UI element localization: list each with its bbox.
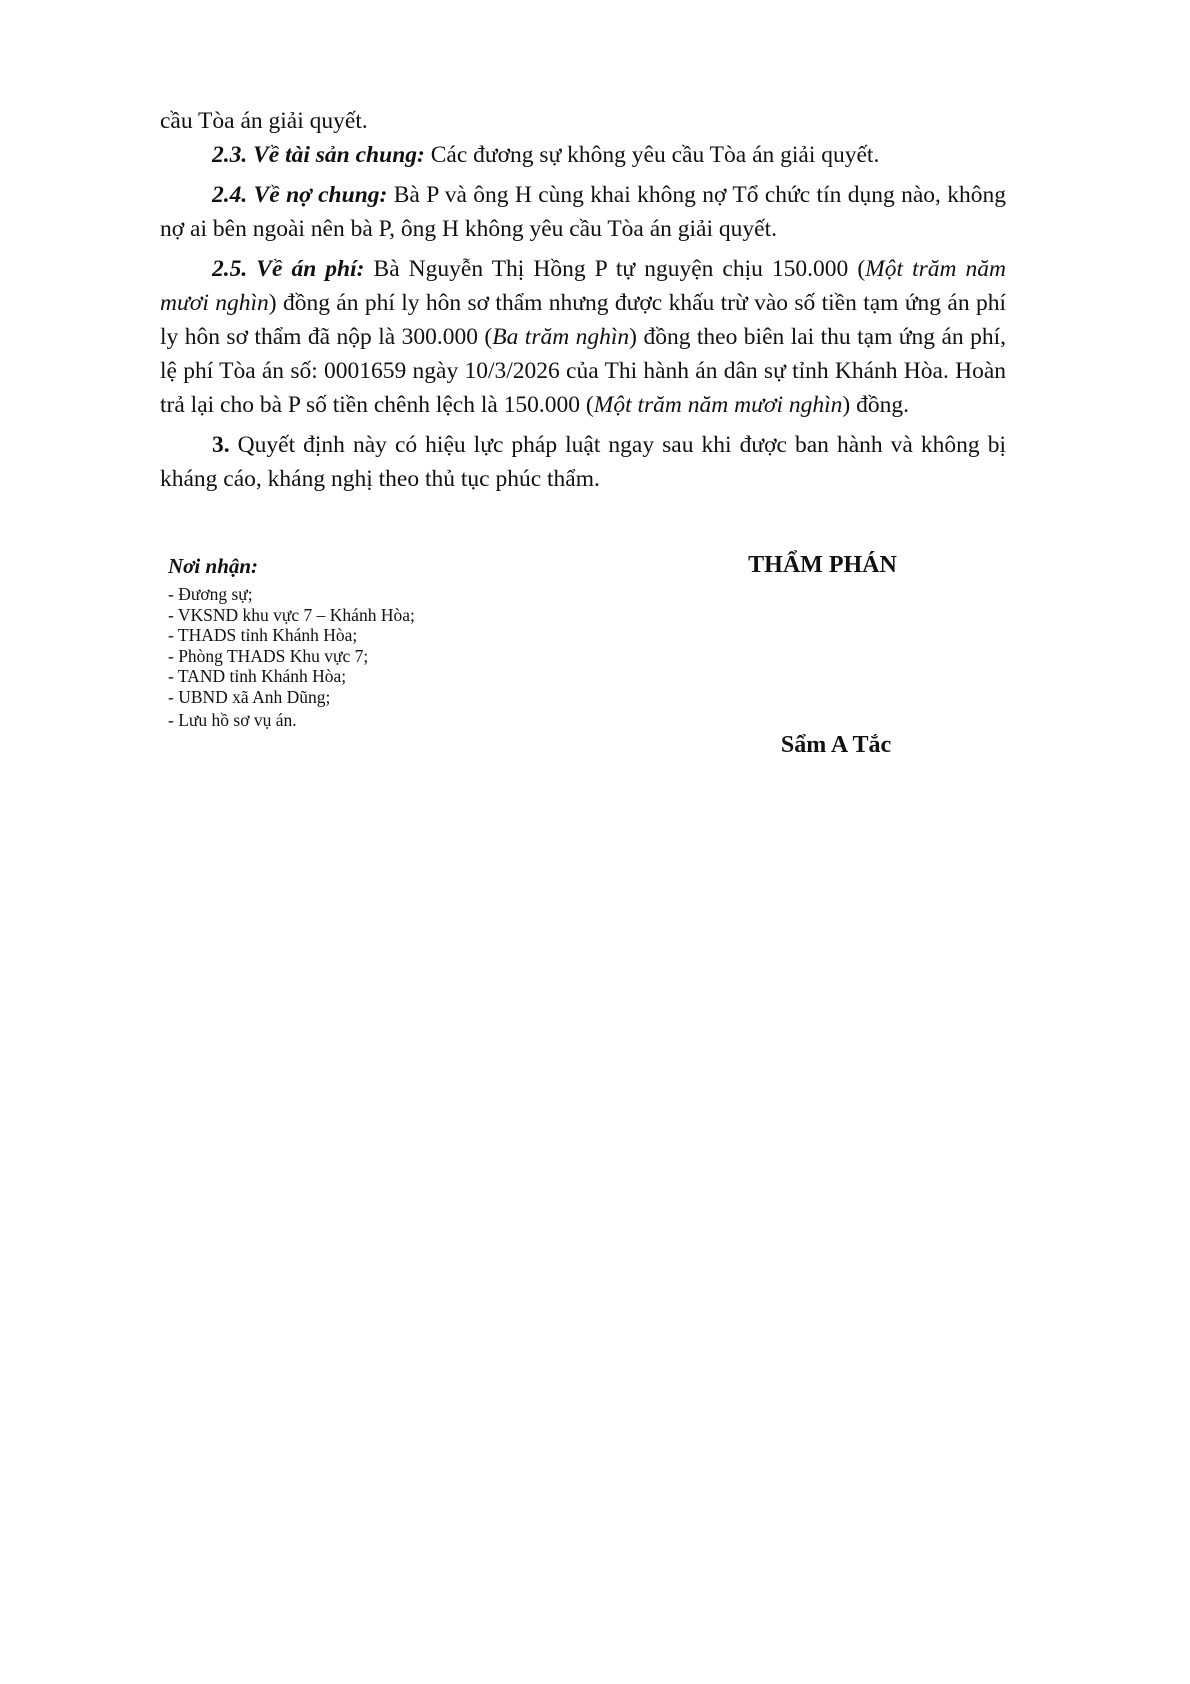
section-2-3-text: Các đương sự không yêu cầu Tòa án giải q… — [425, 142, 880, 168]
recipient-item: - VKSND khu vực 7 – Khánh Hòa; — [168, 605, 588, 626]
section-2-4: 2.4. Về nợ chung: Bà P và ông H cùng kha… — [160, 178, 1006, 246]
section-3-text: Quyết định này có hiệu lực pháp luật nga… — [160, 432, 1006, 492]
signer-name: Sẩm A Tắc — [727, 728, 945, 762]
recipient-item: - Phòng THADS Khu vực 7; — [168, 646, 588, 667]
recipient-item: - THADS tỉnh Khánh Hòa; — [168, 625, 588, 646]
document-page: cầu Tòa án giải quyết. 2.3. Về tài sản c… — [0, 0, 1190, 1684]
section-2-3: 2.3. Về tài sản chung: Các đương sự khôn… — [160, 138, 1006, 172]
section-2-5-amount-words-2: Ba trăm nghìn — [492, 324, 629, 350]
recipient-item: - TAND tỉnh Khánh Hòa; — [168, 666, 588, 687]
recipients-label: Nơi nhận: — [168, 553, 588, 579]
recipients-block: Nơi nhận: - Đương sự; - VKSND khu vực 7 … — [168, 553, 588, 731]
recipient-item: - UBND xã Anh Dũng; — [168, 687, 588, 708]
section-3: 3. Quyết định này có hiệu lực pháp luật … — [160, 428, 1006, 496]
section-2-5-text-4: ) đồng. — [842, 392, 909, 418]
section-2-5-text-1: Bà Nguyễn Thị Hồng P tự nguyện chịu 150.… — [364, 256, 865, 282]
signer-title: THẨM PHÁN — [700, 548, 945, 582]
document-body: cầu Tòa án giải quyết. 2.3. Về tài sản c… — [160, 104, 1006, 496]
signature-block: THẨM PHÁN Sẩm A Tắc — [700, 548, 945, 762]
section-3-number: 3. — [212, 432, 230, 458]
recipient-item: - Lưu hồ sơ vụ án. — [168, 710, 588, 731]
recipients-list: - Đương sự; - VKSND khu vực 7 – Khánh Hò… — [168, 584, 588, 731]
recipient-item: - Đương sự; — [168, 584, 588, 605]
section-2-5: 2.5. Về án phí: Bà Nguyễn Thị Hồng P tự … — [160, 252, 1006, 422]
section-2-4-heading: 2.4. Về nợ chung: — [212, 182, 387, 208]
continuation-line: cầu Tòa án giải quyết. — [160, 104, 1006, 138]
section-2-3-heading: 2.3. Về tài sản chung: — [212, 142, 425, 168]
section-2-5-heading: 2.5. Về án phí: — [212, 256, 364, 282]
section-2-5-amount-words-3: Một trăm năm mươi nghìn — [594, 392, 843, 418]
